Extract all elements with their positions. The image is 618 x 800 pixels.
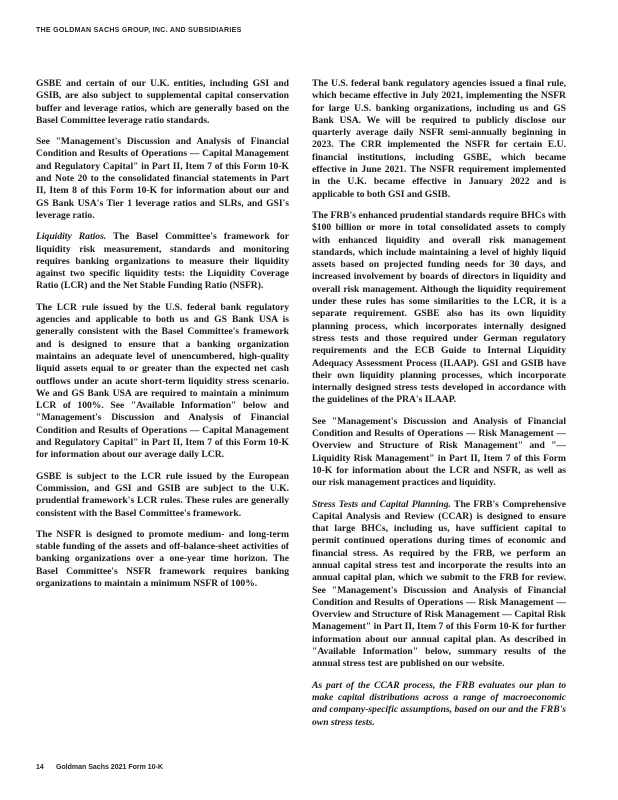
running-head: The Goldman Sachs Group, Inc. and Subsid…	[36, 27, 242, 34]
paragraph: See "Management's Discussion and Analysi…	[312, 416, 566, 490]
paragraph: GSBE is subject to the LCR rule issued b…	[36, 471, 289, 520]
paragraph: GSBE and certain of our U.K. entities, i…	[36, 78, 289, 127]
paragraph: Stress Tests and Capital Planning. The F…	[312, 499, 566, 671]
left-column: GSBE and certain of our U.K. entities, i…	[36, 78, 289, 599]
page-number: 14	[36, 764, 54, 771]
paragraph: The U.S. federal bank regulatory agencie…	[312, 78, 566, 201]
paragraph-lead: As part of the CCAR process, the FRB eva…	[312, 680, 566, 728]
right-column: The U.S. federal bank regulatory agencie…	[312, 78, 566, 738]
paragraph: Liquidity Ratios. The Basel Committee's …	[36, 231, 289, 292]
paragraph-lead: Stress Tests and Capital Planning.	[312, 499, 451, 510]
paragraph: The FRB's enhanced prudential standards …	[312, 210, 566, 407]
paragraph: See "Management's Discussion and Analysi…	[36, 136, 289, 222]
paragraph-lead: Liquidity Ratios.	[36, 231, 106, 242]
paragraph: As part of the CCAR process, the FRB eva…	[312, 680, 566, 729]
paragraph: The NSFR is designed to promote medium- …	[36, 529, 289, 590]
publication-title: Goldman Sachs 2021 Form 10-K	[56, 764, 163, 771]
paragraph: The LCR rule issued by the U.S. federal …	[36, 302, 289, 462]
page-footer: 14 Goldman Sachs 2021 Form 10-K	[36, 764, 163, 771]
paragraph-body: The FRB's Comprehensive Capital Analysis…	[312, 499, 566, 670]
